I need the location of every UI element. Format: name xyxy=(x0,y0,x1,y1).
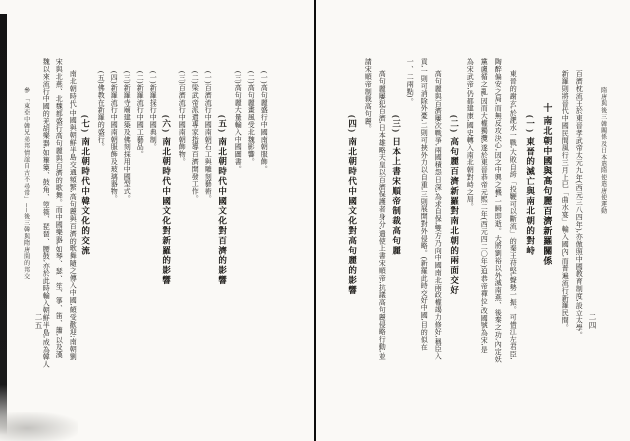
next-chapter-title: 參 「東亞中韓兄弟邦情誼自古不尋常」──後三韓與隋唐間的邦交 xyxy=(20,87,30,280)
list-item-column: (三)高句麗大量輸入中國圖書。 xyxy=(232,71,243,173)
list-item-column: (一)百濟流行中國南朝石工與雕刻藝術。 xyxy=(202,71,213,202)
list-item-column: (三)新羅寺廟建築及佛刻採用中國型式。 xyxy=(121,71,132,202)
list-item-column: (四)新羅流行中國南朝服飾及玻璃器物。 xyxy=(108,71,119,202)
list-item-column: (二)梁武帝派遣專家指導百濟開發工作。 xyxy=(189,71,200,202)
list-item-column: (一)高句麗盛行中國南朝服飾。 xyxy=(258,71,269,173)
list-item-column: (二)新羅流行中國工藝品。 xyxy=(134,71,145,158)
scan-smudge xyxy=(0,412,78,441)
page-gutter-divider xyxy=(314,0,316,441)
list-item-column: (三)百濟流行中國南朝飾物。 xyxy=(176,71,187,165)
section-heading: (六) 南北朝時代中國文化對新羅的影響 xyxy=(159,115,173,285)
section-heading: (五) 南北朝時代中國文化對百濟的影響 xyxy=(215,115,229,285)
body-column: 南北朝時代,中國與朝鮮半島交通頻繁,高句麗與百濟的歌舞隨之傳入中國,頗受歡迎;南… xyxy=(67,70,78,360)
page-number-left: 二五 xyxy=(32,313,44,330)
book-spread-scan: 隋唐與後三韓關係及日本遣隋使遣唐使運動 百濟枕流王於東晉孝武帝太元九年(西元三八… xyxy=(0,0,630,441)
list-item-column: (一)新羅採行中國典制。 xyxy=(147,71,158,150)
list-item-column: (二)高句麗畫風受北魏影響。 xyxy=(245,71,256,165)
scan-edge-shadow xyxy=(0,14,7,435)
body-column: 宋與北燕、北魏都盛行高句麗與百濟的歌舞。而中國樂器,如琴、瑟、笙、箏、笛、簫,以… xyxy=(53,58,64,358)
section-heading: (七) 南北朝時代中韓文化的交流 xyxy=(78,115,92,256)
list-item-column: (五)佛教在新羅的盛行。 xyxy=(95,71,106,150)
